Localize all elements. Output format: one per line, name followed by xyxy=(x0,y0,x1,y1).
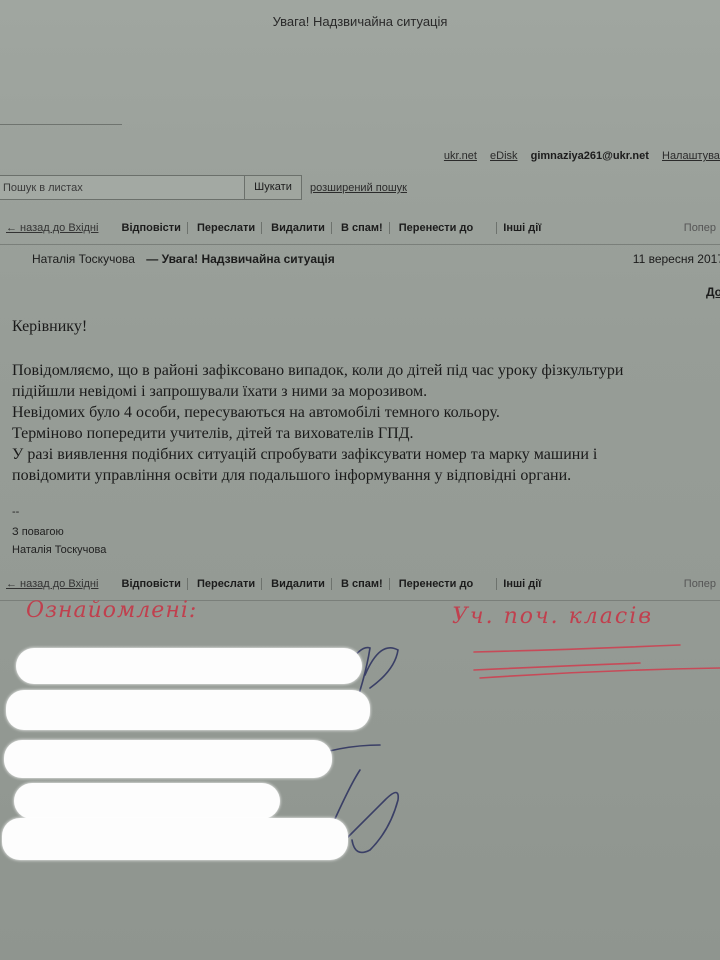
back-to-inbox-link[interactable]: ← назад до Вхідні xyxy=(6,578,98,590)
back-to-inbox-link[interactable]: ← назад до Вхідні xyxy=(6,222,98,234)
letter-greeting: Керівнику! xyxy=(12,318,87,336)
signature-stroke xyxy=(365,648,398,688)
reply-button[interactable]: Відповісти xyxy=(116,222,188,234)
advanced-search-link[interactable]: розширений пошук xyxy=(310,182,407,194)
signature-separator: -- xyxy=(12,506,19,518)
signature-stroke xyxy=(345,793,398,853)
move-to-button[interactable]: Перенести до xyxy=(393,578,480,590)
settings-link[interactable]: Налаштуван xyxy=(662,150,720,162)
top-nav: ukr.net eDisk gimnaziya261@ukr.net Налаш… xyxy=(434,150,720,162)
sender-name[interactable]: Наталія Тоскучова xyxy=(32,252,135,266)
previous-message-link[interactable]: Попер xyxy=(684,578,716,590)
nav-link-ukrnet[interactable]: ukr.net xyxy=(444,150,477,162)
nav-link-edisk[interactable]: eDisk xyxy=(490,150,518,162)
toolbar-divider xyxy=(0,244,720,245)
spam-button[interactable]: В спам! xyxy=(335,222,390,234)
underline-stroke xyxy=(474,645,680,652)
signature-name: Наталія Тоскучова xyxy=(12,544,106,556)
reply-button[interactable]: Відповісти xyxy=(116,578,188,590)
body-line: Невідомих було 4 особи, пересуваються на… xyxy=(12,402,623,423)
body-line: Повідомляємо, що в районі зафіксовано ви… xyxy=(12,360,623,381)
extra-link[interactable]: До xyxy=(706,285,720,299)
underline-stroke xyxy=(480,668,720,678)
search-input[interactable]: Пошук в листах xyxy=(0,175,244,200)
body-line: підійшли невідомі і запрошували їхати з … xyxy=(12,381,623,402)
account-email[interactable]: gimnaziya261@ukr.net xyxy=(531,150,649,162)
redacted-signature xyxy=(14,783,280,819)
move-to-button[interactable]: Перенести до xyxy=(393,222,480,234)
previous-message-link[interactable]: Попер xyxy=(684,222,716,234)
more-actions-button[interactable]: Інші дії xyxy=(496,578,547,590)
delete-button[interactable]: Видалити xyxy=(265,578,332,590)
letter-body: Повідомляємо, що в районі зафіксовано ви… xyxy=(12,360,623,486)
forward-button[interactable]: Переслати xyxy=(191,578,262,590)
signature-regards: З повагою xyxy=(12,526,64,538)
message-header: Наталія Тоскучова — Увага! Надзвичайна с… xyxy=(32,252,335,266)
paper-divider xyxy=(0,124,122,125)
message-toolbar-bottom: ← назад до Вхідні Відповісти Переслати В… xyxy=(6,578,720,598)
search-button[interactable]: Шукати xyxy=(244,175,302,200)
body-line: У разі виявлення подібних ситуацій спроб… xyxy=(12,444,623,465)
spam-button[interactable]: В спам! xyxy=(335,578,390,590)
underline-stroke xyxy=(474,663,640,670)
redacted-signature xyxy=(6,690,370,730)
redacted-signature xyxy=(16,648,362,684)
message-subject: — Увага! Надзвичайна ситуація xyxy=(146,252,334,266)
message-date: 11 вересня 2017 xyxy=(633,252,720,266)
delete-button[interactable]: Видалити xyxy=(265,222,332,234)
more-actions-button[interactable]: Інші дії xyxy=(496,222,547,234)
body-line: Терміново попередити учителів, дітей та … xyxy=(12,423,623,444)
message-toolbar-top: ← назад до Вхідні Відповісти Переслати В… xyxy=(6,222,720,242)
redacted-signature xyxy=(4,740,332,778)
redacted-signature xyxy=(2,818,348,860)
body-line: повідомити управління освіти для подальш… xyxy=(12,465,623,486)
print-header-title: Увага! Надзвичайна ситуація xyxy=(0,14,720,29)
forward-button[interactable]: Переслати xyxy=(191,222,262,234)
